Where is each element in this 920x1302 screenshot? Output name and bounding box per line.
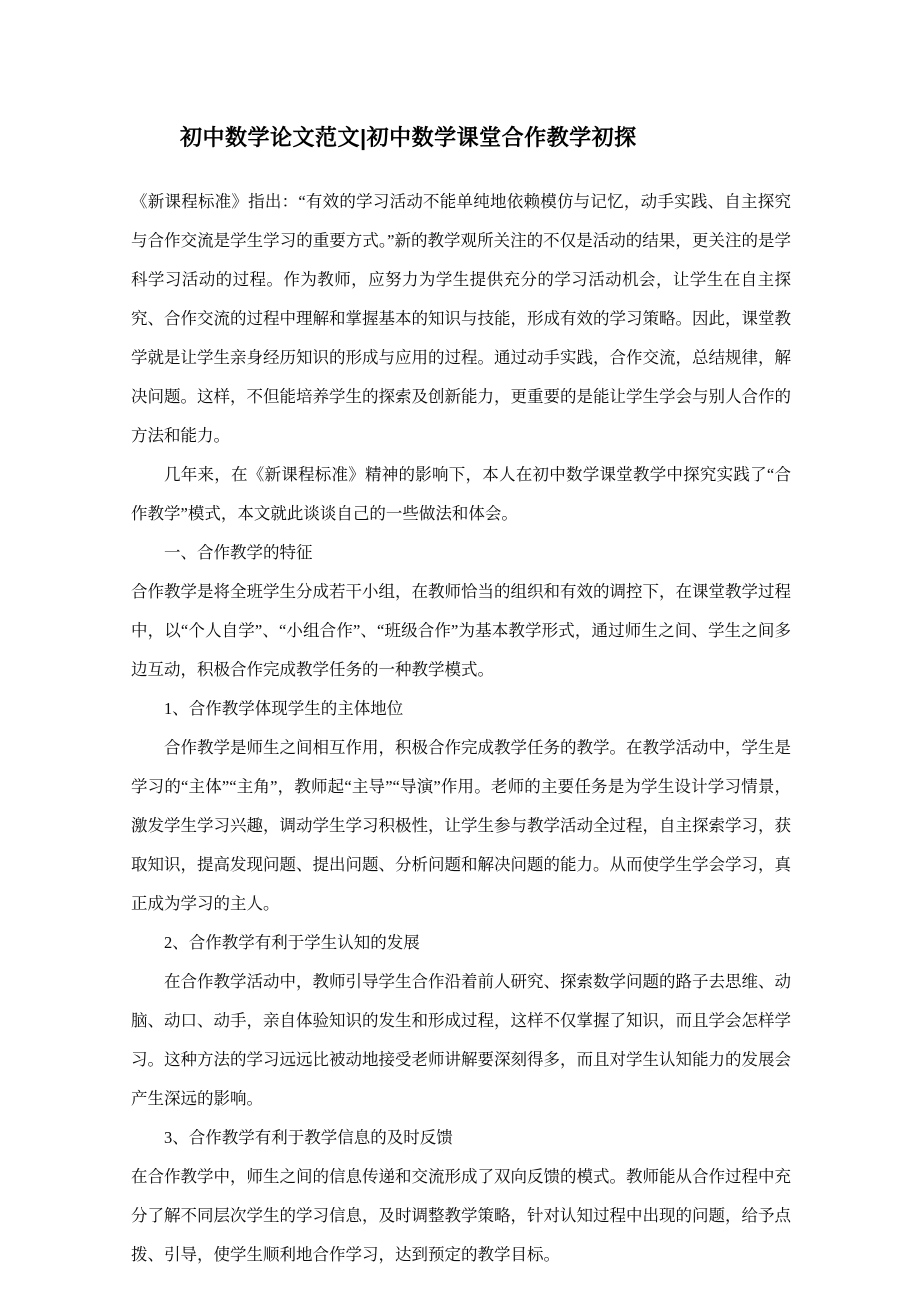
document-title: 初中数学论文范文|初中数学课堂合作教学初探 — [180, 122, 791, 154]
paragraph: 在合作教学活动中，教师引导学生合作沿着前人研究、探索数学问题的路子去思维、动脑、… — [131, 962, 791, 1118]
paragraph: 几年来，在《新课程标准》精神的影响下，本人在初中数学课堂教学中探究实践了“合作教… — [131, 455, 791, 533]
paragraph: 《新课程标准》指出：“有效的学习活动不能单纯地依赖模仿与记忆，动手实践、自主探究… — [131, 182, 791, 455]
paragraph: 合作教学是师生之间相互作用，积极合作完成教学任务的教学。在教学活动中，学生是学习… — [131, 728, 791, 923]
paragraph: 1、合作教学体现学生的主体地位 — [131, 689, 791, 728]
paragraph: 合作教学是将全班学生分成若干小组，在教师恰当的组织和有效的调控下，在课堂教学过程… — [131, 572, 791, 689]
paragraph: 3、合作教学有利于教学信息的及时反馈 — [131, 1118, 791, 1157]
paragraph: 在合作教学中，师生之间的信息传递和交流形成了双向反馈的模式。教师能从合作过程中充… — [131, 1157, 791, 1274]
document-content: 初中数学论文范文|初中数学课堂合作教学初探 《新课程标准》指出：“有效的学习活动… — [131, 0, 791, 1274]
paragraph: 2、合作教学有利于学生认知的发展 — [131, 923, 791, 962]
paragraph: 一、合作教学的特征 — [131, 533, 791, 572]
document-body: 《新课程标准》指出：“有效的学习活动不能单纯地依赖模仿与记忆，动手实践、自主探究… — [131, 182, 791, 1274]
document-page: 初中数学论文范文|初中数学课堂合作教学初探 《新课程标准》指出：“有效的学习活动… — [0, 0, 920, 1302]
